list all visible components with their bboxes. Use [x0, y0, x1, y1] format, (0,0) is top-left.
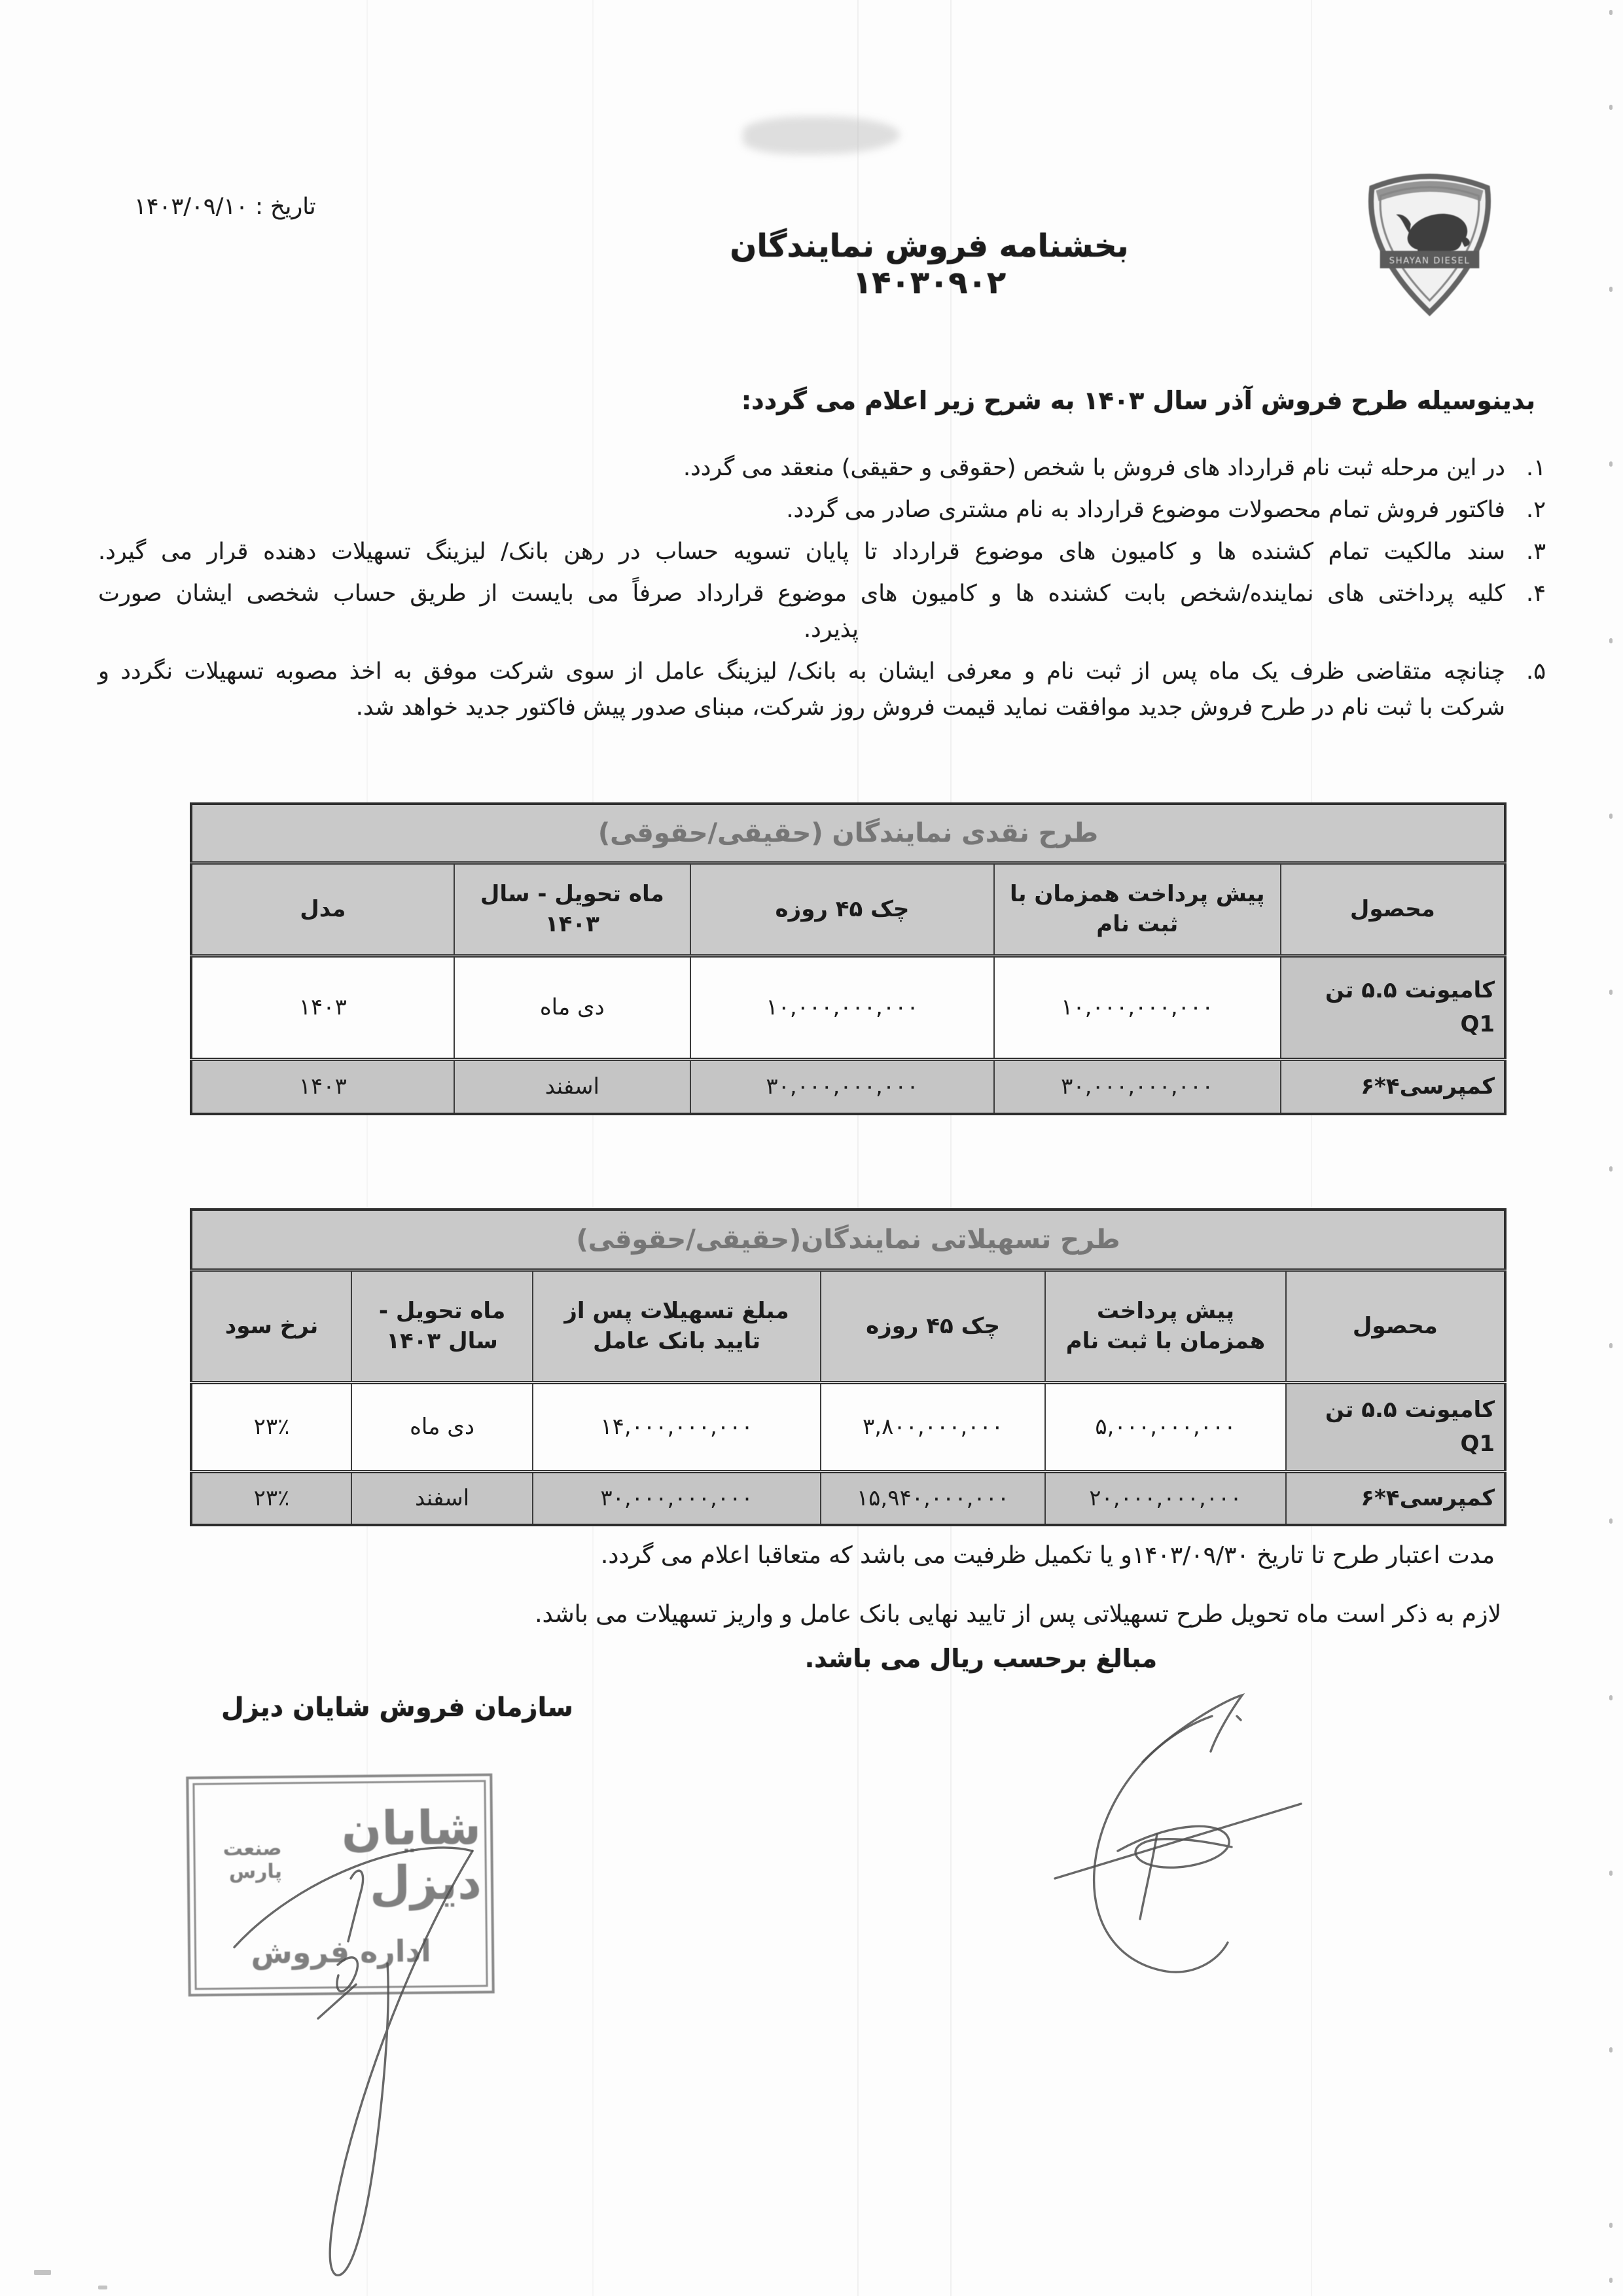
product-cell: کامیونت ۵.۵ تن Q1 [1281, 956, 1505, 1059]
plan-table: طرح نقدی نمایندگان (حقیقی/حقوقی)محصولپیش… [190, 802, 1507, 1115]
scan-smudge [743, 117, 900, 154]
term-number: ۵. [1505, 654, 1546, 726]
intro-line: بدینوسیله طرح فروش آذر سال ۱۴۰۳ به شرح ز… [741, 386, 1535, 415]
column-header: چک ۴۵ روزه [821, 1270, 1045, 1382]
scan-dot [1609, 1695, 1613, 1700]
term-number: ۴. [1505, 576, 1546, 648]
scan-dot [1609, 105, 1613, 110]
table-row: کامیونت ۵.۵ تن Q1۱۰,۰۰۰,۰۰۰,۰۰۰۱۰,۰۰۰,۰۰… [191, 956, 1505, 1059]
value-cell: ۱۴۰۳ [191, 1059, 454, 1114]
stamp-signature [194, 1767, 534, 2291]
terms-list: ۱.در این مرحله ثبت نام قرارداد های فروش … [98, 450, 1546, 732]
column-header: ماه تحویل - سال ۱۴۰۳ [351, 1270, 533, 1382]
value-cell: ۲۳٪ [191, 1471, 351, 1525]
column-header: چک ۴۵ روزه [690, 863, 994, 956]
value-cell: ۱۵,۹۴۰,۰۰۰,۰۰۰ [821, 1471, 1045, 1525]
value-cell: اسفند [351, 1471, 533, 1525]
value-cell: اسفند [454, 1059, 690, 1114]
term-text: سند مالکیت تمام کشنده ها و کامیون های مو… [98, 534, 1505, 570]
term-item: ۱.در این مرحله ثبت نام قرارداد های فروش … [98, 450, 1546, 486]
scan-artifact [1311, 0, 1312, 2296]
delivery-note: لازم به ذکر است ماه تحویل طرح تسهیلاتی پ… [535, 1601, 1501, 1628]
company-logo-icon: SHAYAN DIESEL [1363, 169, 1497, 319]
scan-artifact [592, 0, 594, 2296]
scan-dot [1609, 1518, 1613, 1524]
term-item: ۲.فاکتور فروش تمام محصولات موضوع قرارداد… [98, 492, 1546, 528]
value-cell: ۱۴۰۳ [191, 956, 454, 1059]
term-item: ۴.کلیه پرداختی های نماینده/شخص بابت کشند… [98, 576, 1546, 648]
cash-plan-table: طرح نقدی نمایندگان (حقیقی/حقوقی)محصولپیش… [190, 802, 1507, 1115]
product-cell: کمپرسی۴*۶ [1281, 1059, 1505, 1114]
product-cell: کمپرسی۴*۶ [1286, 1471, 1505, 1525]
value-cell: ۳۰,۰۰۰,۰۰۰,۰۰۰ [533, 1471, 821, 1525]
document-title: بخشنامه فروش نمایندگان ۱۴۰۳۰۹۰۲ [681, 228, 1178, 301]
term-number: ۲. [1505, 492, 1546, 528]
value-cell: ۱۰,۰۰۰,۰۰۰,۰۰۰ [994, 956, 1281, 1059]
table-title: طرح تسهیلاتی نمایندگان(حقیقی/حقوقی) [191, 1210, 1505, 1270]
scan-dot [1609, 638, 1613, 643]
scan-dot [1609, 814, 1613, 819]
value-cell: ۳۰,۰۰۰,۰۰۰,۰۰۰ [994, 1059, 1281, 1114]
scan-dot [1609, 2047, 1613, 2053]
term-number: ۳. [1505, 534, 1546, 570]
scan-dot [1609, 1871, 1613, 1876]
column-header: محصول [1286, 1270, 1505, 1382]
table-title: طرح نقدی نمایندگان (حقیقی/حقوقی) [191, 804, 1505, 863]
value-cell: ۵,۰۰۰,۰۰۰,۰۰۰ [1045, 1382, 1285, 1471]
scan-artifact [950, 0, 952, 2296]
facility-plan-table: طرح تسهیلاتی نمایندگان(حقیقی/حقوقی)محصول… [190, 1208, 1507, 1526]
value-cell: ۳۰,۰۰۰,۰۰۰,۰۰۰ [690, 1059, 994, 1114]
column-header: پیش پرداخت همزمان با ثبت نام [994, 863, 1281, 956]
column-header: مبلغ تسهیلات پس از تایید بانک عامل [533, 1270, 821, 1382]
value-cell: ۲۳٪ [191, 1382, 351, 1471]
value-cell: ۱۰,۰۰۰,۰۰۰,۰۰۰ [690, 956, 994, 1059]
scan-dot [1609, 1343, 1613, 1348]
value-cell: ۳,۸۰۰,۰۰۰,۰۰۰ [821, 1382, 1045, 1471]
scan-dot [1609, 461, 1613, 467]
scan-speck [34, 2270, 51, 2275]
validity-note: مدت اعتبار طرح تا تاریخ ۱۴۰۳/۰۹/۳۰و یا ت… [601, 1542, 1495, 1569]
value-cell: ۱۴,۰۰۰,۰۰۰,۰۰۰ [533, 1382, 821, 1471]
column-header: پیش پرداخت همزمان با ثبت نام [1045, 1270, 1285, 1382]
term-text: فاکتور فروش تمام محصولات موضوع قرارداد ب… [98, 492, 1505, 528]
table-row: کامیونت ۵.۵ تن Q1۵,۰۰۰,۰۰۰,۰۰۰۳,۸۰۰,۰۰۰,… [191, 1382, 1505, 1471]
scan-speck [98, 2286, 107, 2289]
term-item: ۵.چنانچه متقاضی ظرف یک ماه پس از ثبت نام… [98, 654, 1546, 726]
scan-dot [1609, 1166, 1613, 1172]
term-text: کلیه پرداختی های نماینده/شخص بابت کشنده … [98, 576, 1505, 648]
scan-artifact [857, 0, 859, 2296]
document-date: تاریخ : ۱۴۰۳/۰۹/۱۰ [134, 194, 316, 220]
plan-table: طرح تسهیلاتی نمایندگان(حقیقی/حقوقی)محصول… [190, 1208, 1507, 1526]
term-item: ۳.سند مالکیت تمام کشنده ها و کامیون های … [98, 534, 1546, 570]
column-header: ماه تحویل - سال ۱۴۰۳ [454, 863, 690, 956]
value-cell: دی ماه [454, 956, 690, 1059]
column-header: مدل [191, 863, 454, 956]
value-cell: ۲۰,۰۰۰,۰۰۰,۰۰۰ [1045, 1471, 1285, 1525]
sales-org-line: سازمان فروش شایان دیزل [221, 1693, 573, 1723]
manager-signature [1021, 1676, 1309, 1983]
scan-dot [1609, 287, 1613, 292]
currency-note: مبالغ برحسب ریال می باشد. [805, 1644, 1157, 1673]
column-header: محصول [1281, 863, 1505, 956]
table-row: کمپرسی۴*۶۳۰,۰۰۰,۰۰۰,۰۰۰۳۰,۰۰۰,۰۰۰,۰۰۰اسف… [191, 1059, 1505, 1114]
scan-dot [1609, 2278, 1613, 2283]
term-text: در این مرحله ثبت نام قرارداد های فروش با… [98, 450, 1505, 486]
scan-dot [1609, 2223, 1613, 2228]
term-number: ۱. [1505, 450, 1546, 486]
value-cell: دی ماه [351, 1382, 533, 1471]
table-row: کمپرسی۴*۶۲۰,۰۰۰,۰۰۰,۰۰۰۱۵,۹۴۰,۰۰۰,۰۰۰۳۰,… [191, 1471, 1505, 1525]
svg-text:SHAYAN DIESEL: SHAYAN DIESEL [1389, 257, 1471, 266]
product-cell: کامیونت ۵.۵ تن Q1 [1286, 1382, 1505, 1471]
column-header: نرخ سود [191, 1270, 351, 1382]
scan-dot [1609, 10, 1613, 15]
term-text: چنانچه متقاضی ظرف یک ماه پس از ثبت نام و… [98, 654, 1505, 726]
scan-dot [1609, 990, 1613, 995]
scanned-document-page: تاریخ : ۱۴۰۳/۰۹/۱۰ بخشنامه فروش نمایندگا… [0, 0, 1623, 2296]
